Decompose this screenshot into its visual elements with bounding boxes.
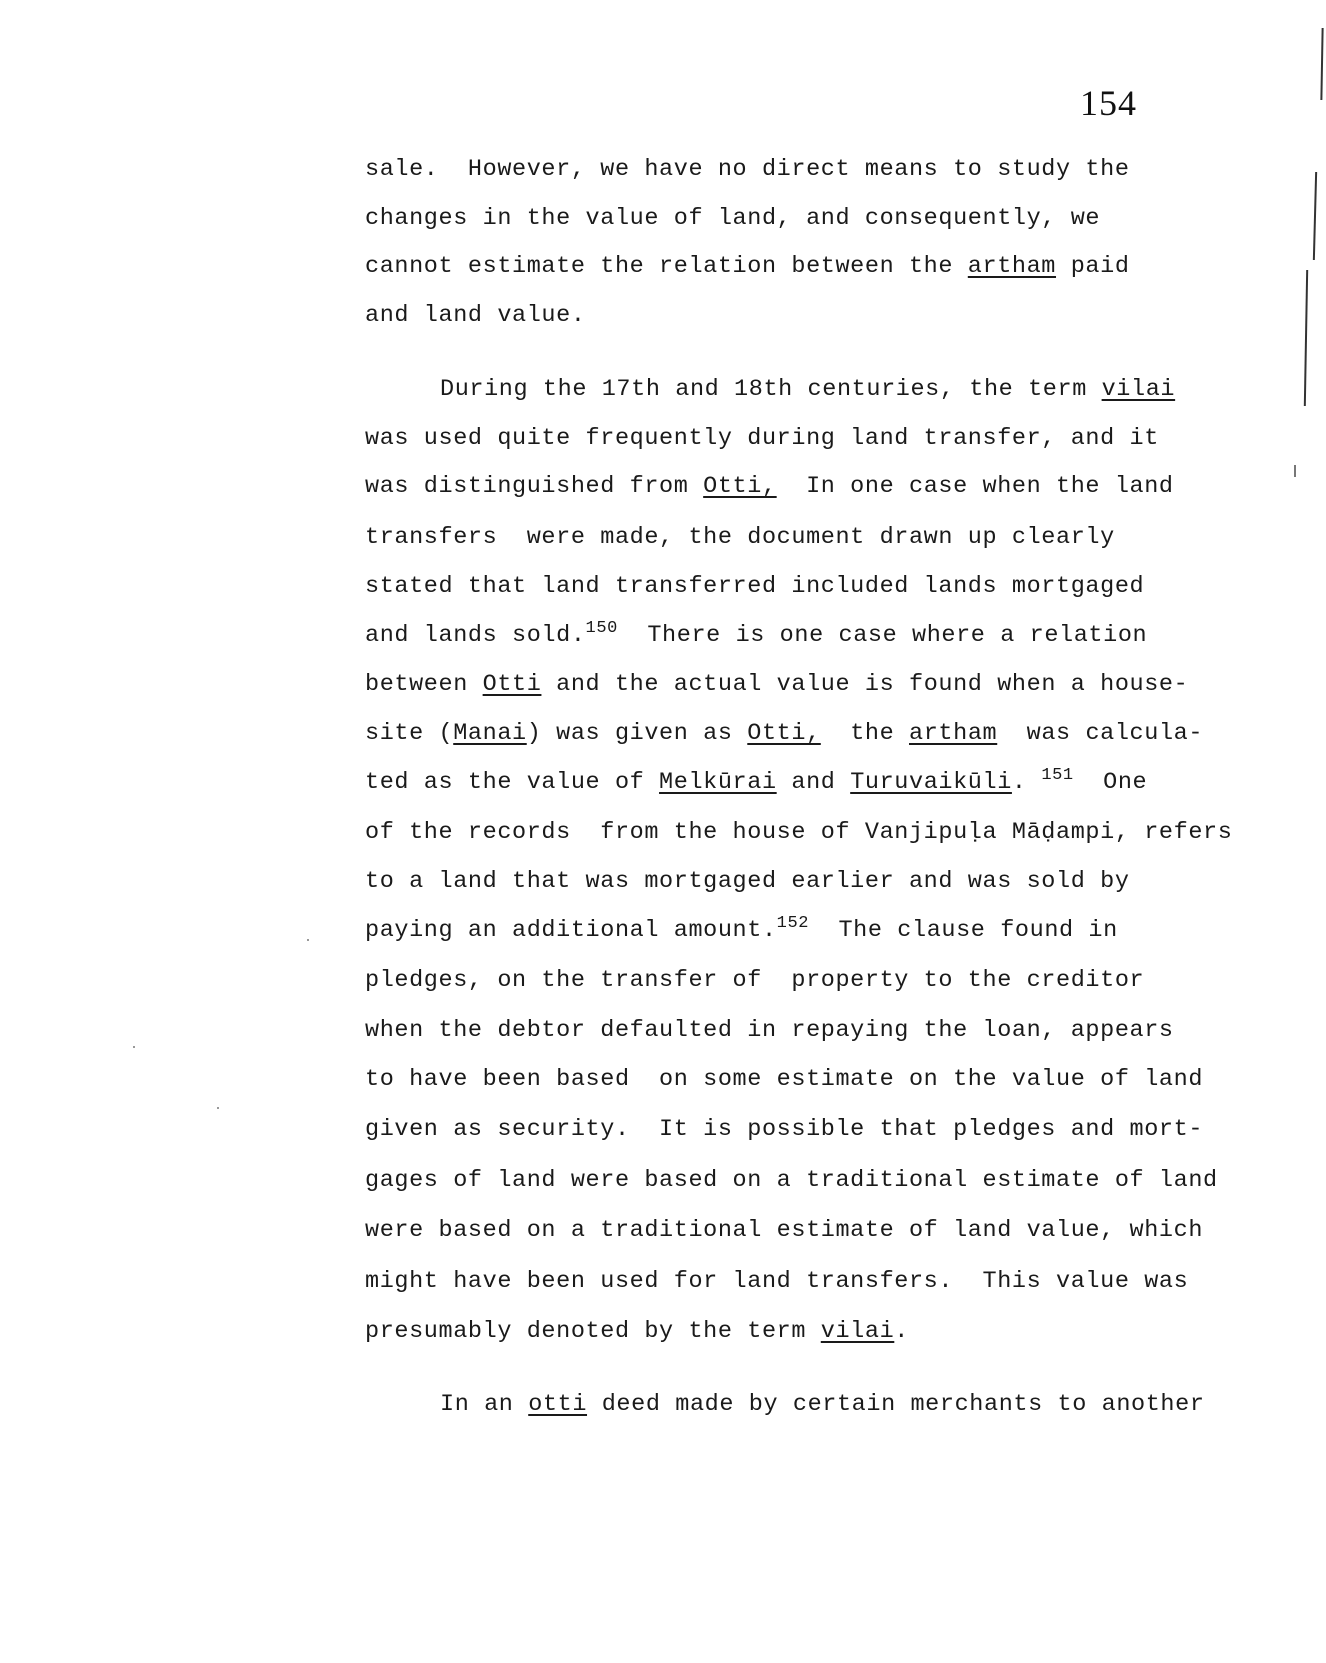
text-line: given as security. It is possible that p… xyxy=(365,1118,1203,1142)
text-run: deed made by certain merchants to anothe… xyxy=(587,1391,1205,1418)
scan-edge-mark xyxy=(1320,28,1323,100)
scan-edge-mark xyxy=(1304,270,1308,406)
text-line: between Otti and the actual value is fou… xyxy=(365,673,1188,697)
text-line: In an otti deed made by certain merchant… xyxy=(440,1393,1205,1417)
text-line: cannot estimate the relation between the… xyxy=(365,255,1130,279)
text-run: to a land that was mortgaged earlier and… xyxy=(365,868,1130,895)
text-line: pledges, on the transfer of property to … xyxy=(365,969,1144,993)
text-run: and land value. xyxy=(365,302,586,329)
text-line: transfers were made, the document drawn … xyxy=(365,526,1115,550)
text-line: to a land that was mortgaged earlier and… xyxy=(365,870,1130,894)
text-run: During the 17th and 18th centuries, the … xyxy=(440,376,1102,403)
text-line: gages of land were based on a traditiona… xyxy=(365,1169,1218,1193)
underlined-term: Otti, xyxy=(747,720,821,747)
text-run: might have been used for land transfers.… xyxy=(365,1268,1188,1295)
text-line: ted as the value of Melkūrai and Turuvai… xyxy=(365,771,1147,795)
text-line: when the debtor defaulted in repaying th… xyxy=(365,1019,1174,1043)
text-run: to have been based on some estimate on t… xyxy=(365,1066,1203,1093)
text-run: and lands sold. xyxy=(365,622,586,649)
text-line: and lands sold.150 There is one case whe… xyxy=(365,624,1147,648)
text-run: The clause found in xyxy=(809,917,1118,944)
text-line: sale. However, we have no direct means t… xyxy=(365,158,1130,182)
text-run: given as security. It is possible that p… xyxy=(365,1116,1203,1143)
text-run: stated that land transferred included la… xyxy=(365,573,1144,600)
underlined-term: Manai xyxy=(453,720,527,747)
underlined-term: Melkūrai xyxy=(659,769,777,796)
text-run: changes in the value of land, and conseq… xyxy=(365,205,1100,232)
text-line: and land value. xyxy=(365,304,586,328)
underlined-term: artham xyxy=(968,253,1056,280)
text-run: paying an additional amount. xyxy=(365,917,777,944)
text-run: paid xyxy=(1056,253,1130,280)
text-run: There is one case where a relation xyxy=(618,622,1147,649)
text-line: site (Manai) was given as Otti, the arth… xyxy=(365,722,1203,746)
text-run: ) was given as xyxy=(527,720,748,747)
text-run: One xyxy=(1074,769,1148,796)
footnote-ref: 150 xyxy=(586,619,618,638)
text-run: between xyxy=(365,671,483,698)
scan-speck xyxy=(307,939,309,941)
text-run: were based on a traditional estimate of … xyxy=(365,1217,1203,1244)
underlined-term: Otti xyxy=(483,671,542,698)
underlined-term: Otti, xyxy=(703,473,777,500)
document-page: 154 sale. However, we have no direct mea… xyxy=(0,0,1326,1663)
text-run: was used quite frequently during land tr… xyxy=(365,425,1159,452)
underlined-term: otti xyxy=(528,1391,587,1418)
text-run: presumably denoted by the term xyxy=(365,1318,821,1345)
text-run: and the actual value is found when a hou… xyxy=(541,671,1188,698)
text-run: site ( xyxy=(365,720,453,747)
text-run: . xyxy=(1012,769,1041,796)
text-line: was distinguished from Otti, In one case… xyxy=(365,475,1174,499)
text-line: to have been based on some estimate on t… xyxy=(365,1068,1203,1092)
text-run: of the records from the house of Vanjipu… xyxy=(365,819,1232,846)
text-run: sale. However, we have no direct means t… xyxy=(365,156,1130,183)
scan-edge-mark xyxy=(1294,465,1296,477)
text-line: presumably denoted by the term vilai. xyxy=(365,1320,909,1344)
text-run: . xyxy=(894,1318,909,1345)
page-number: 154 xyxy=(1080,82,1137,124)
scan-speck xyxy=(133,1046,135,1048)
text-run: pledges, on the transfer of property to … xyxy=(365,967,1144,994)
text-run: gages of land were based on a traditiona… xyxy=(365,1167,1218,1194)
text-line: During the 17th and 18th centuries, the … xyxy=(440,378,1175,402)
footnote-ref: 151 xyxy=(1041,766,1073,785)
text-line: changes in the value of land, and conseq… xyxy=(365,207,1100,231)
text-line: of the records from the house of Vanjipu… xyxy=(365,821,1232,845)
text-line: might have been used for land transfers.… xyxy=(365,1270,1188,1294)
text-run: was calcula- xyxy=(997,720,1203,747)
text-run: transfers were made, the document drawn … xyxy=(365,524,1115,551)
scan-speck xyxy=(217,1107,219,1109)
text-run: and xyxy=(777,769,851,796)
text-line: was used quite frequently during land tr… xyxy=(365,427,1159,451)
text-run: when the debtor defaulted in repaying th… xyxy=(365,1017,1174,1044)
text-run: cannot estimate the relation between the xyxy=(365,253,968,280)
underlined-term: vilai xyxy=(821,1318,895,1345)
text-line: stated that land transferred included la… xyxy=(365,575,1144,599)
underlined-term: Turuvaikūli xyxy=(850,769,1012,796)
text-run: the xyxy=(821,720,909,747)
underlined-term: vilai xyxy=(1102,376,1176,403)
scan-edge-mark xyxy=(1313,172,1317,260)
text-run: In an xyxy=(440,1391,528,1418)
text-line: paying an additional amount.152 The clau… xyxy=(365,919,1118,943)
text-run: In one case when the land xyxy=(777,473,1174,500)
underlined-term: artham xyxy=(909,720,997,747)
text-run: ted as the value of xyxy=(365,769,659,796)
text-line: were based on a traditional estimate of … xyxy=(365,1219,1203,1243)
text-run: was distinguished from xyxy=(365,473,703,500)
footnote-ref: 152 xyxy=(777,914,809,933)
